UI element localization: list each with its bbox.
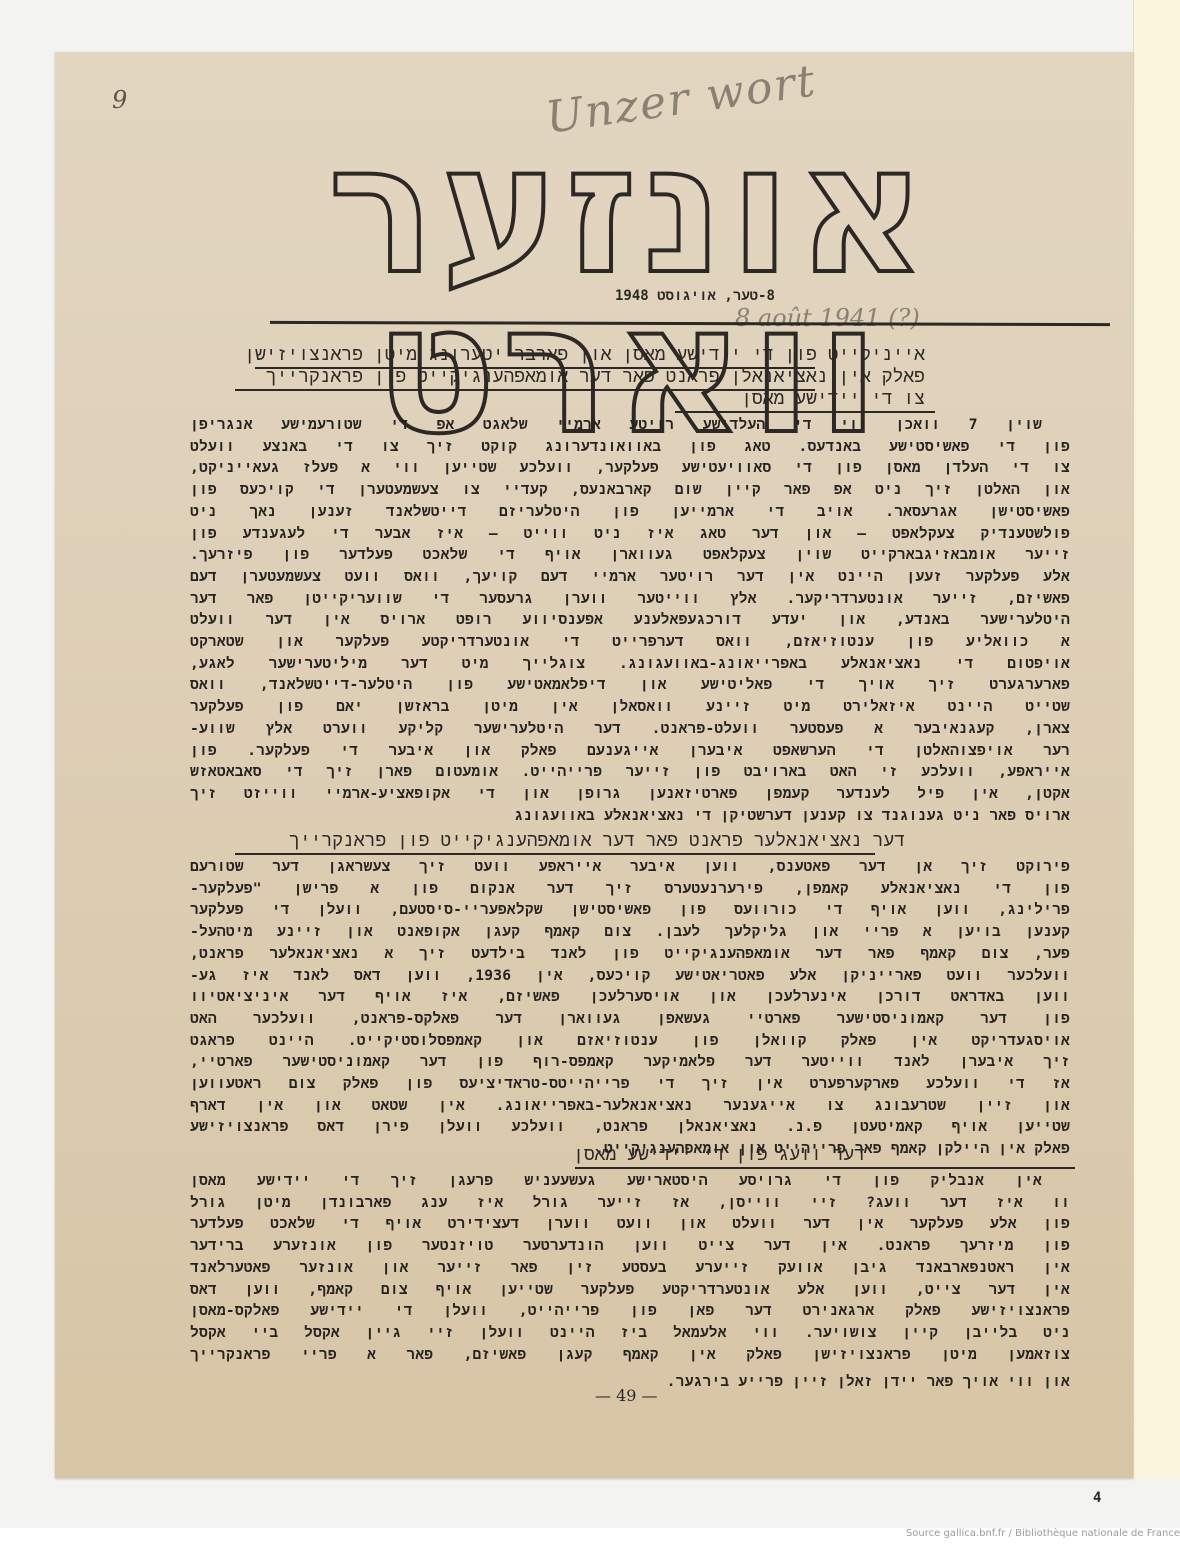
body-line: אקטן, אין פיל לענדער קעמפן פארטיזאנען גר… (190, 783, 1070, 805)
body-line: פירוקט זיך אן דער פאטענס, ווען איבער איי… (190, 856, 1070, 878)
body-line: זיך איבערן לאנד ווייטער דער פלאמיקער קאמ… (190, 1051, 1070, 1073)
body-line: פארערגערט זיך אויך די פאליטישע און דיפלא… (190, 674, 1070, 696)
section-2-body: פירוקט זיך אן דער פאטענס, ווען איבער איי… (190, 856, 1070, 1160)
section-2-headline: דער נאציאנאלער פראנט פאר דער אומאפהענגיק… (295, 830, 905, 852)
body-line: פראנצויזישע פאלק ארגאנירט דער פאן פון פר… (190, 1300, 1070, 1322)
body-line: פאשיסטישן אגרעסאר. אויב די ארמייען פון ה… (190, 501, 1070, 523)
adjacent-page-edge (1133, 0, 1180, 1478)
body-line: פולשטענדיק צעקלאפט – און דער טאג איז ניט… (190, 523, 1070, 545)
body-line: אויסגעדריקט אין פאלק קוואלן פון ענטוזיאז… (190, 1030, 1070, 1052)
section-1-headline: אייניקייט פון די יידישע מאסן און פארבריי… (235, 344, 925, 410)
section-3-body: אין אנבליק פון די גרויסע היסטארישע געשעע… (190, 1170, 1070, 1393)
body-line: ארויס פאר ניט גענוגנד צו קענען דערשטיקן … (190, 805, 1070, 827)
corner-mark: 4 (1093, 1490, 1101, 1506)
body-line: אין ראטנפארבאנד גיבן אוועק זייערע בעסטע … (190, 1257, 1070, 1279)
headline-underline (575, 1167, 1075, 1169)
body-line: צארן, קעגנאיבער א פעסטער וועלט-פראנט. דע… (190, 718, 1070, 740)
body-line: פאשיזם, זייער אונטערדריקער. אלץ ווייטער … (190, 588, 1070, 610)
body-line: פון מיזרעך פראנט. אין דער צייט ווען הונד… (190, 1235, 1070, 1257)
headline-underline (255, 367, 815, 369)
headline-line: פאלק אין נאציאנאלן פראנט פאר דער אומאפהע… (235, 366, 925, 388)
section-1-body: שוין 7 וואכן ווי די העלדישע רויטע ארמיי … (190, 414, 1070, 826)
section-3-headline: דער וועג פון די יידישע מאסן (475, 1144, 865, 1166)
body-line: אייראפע, וועלכע זי האט בארויבט פון זייער… (190, 761, 1070, 783)
headline-underline (235, 853, 875, 855)
body-line: פרילינג, ווען אויף די כורוועס פון פאשיסט… (190, 899, 1070, 921)
masthead-title: אונזער ווארט (225, 130, 1035, 290)
body-line: אז די וועלכע פארקערפערט אין זיך די פרייה… (190, 1073, 1070, 1095)
handwritten-folio-mark: 9 (112, 86, 127, 114)
headline-underline (675, 411, 935, 413)
body-line: און האלטן זיך ניט אפ פאר קיין שום קארבאנ… (190, 479, 1070, 501)
body-line: ווען באדראט דורכן אינערלעכן און אויסערלע… (190, 986, 1070, 1008)
body-line: שטייען אויף קאמיטעטן פ.נ. נאציאנאלן פראנ… (190, 1116, 1070, 1138)
body-line: אלע פעלקער זעען היינט אין דער רויטער ארמ… (190, 566, 1070, 588)
body-line: רער אויפצוהאלטן די הערשאפט איבערן אייגענ… (190, 740, 1070, 762)
headline-line: צו די יידישע מאסן (235, 388, 925, 410)
body-line: פער, צום קאמף פאר דער אומאפהענגיקייט פון… (190, 943, 1070, 965)
body-line: זייער אומבאזיגבארקייט שוין צעקלאפט געווא… (190, 544, 1070, 566)
body-line: וועלכער וועט פארייניקן אלע פאטריאטישע קו… (190, 965, 1070, 987)
body-line: קענען בויען א פריי און גליקלעך לעבן. צום… (190, 921, 1070, 943)
scanned-page: 9 Unzer wort אונזער ווארט 8-טער, אויגוסט… (55, 52, 1133, 1478)
handwritten-date-annotation: 8 août 1941 (?) (735, 304, 920, 332)
issue-date: 8-טער, אויגוסט 1948 (615, 288, 775, 305)
body-line: און זיין שטרעבונג צו אייגענער נאציאנאלער… (190, 1095, 1070, 1117)
headline-line: דער וועג פון די יידישע מאסן (475, 1144, 865, 1166)
body-line: אין דער צייט, ווען אלע אונטערדריקטע פעלק… (190, 1279, 1070, 1301)
headline-line: דער נאציאנאלער פראנט פאר דער אומאפהענגיק… (295, 830, 905, 852)
body-line: שטייט היינט איזאלירט מיט זיינע וואסאלן א… (190, 696, 1070, 718)
headline-line: אייניקייט פון די יידישע מאסן און פארבריי… (235, 344, 925, 366)
body-line: פון דער קאמוניסטישער פארטיי געשאפן געווא… (190, 1008, 1070, 1030)
body-line: א כוואליע פון ענטוזיאזם, וואס דערפרייט ד… (190, 631, 1070, 653)
body-line: ניט בלייבן קיין צושויער. ווי אלעמאל ביז … (190, 1322, 1070, 1344)
body-line: אין אנבליק פון די גרויסע היסטארישע געשעע… (190, 1170, 1070, 1192)
page-number: — 49 — (595, 1386, 658, 1405)
body-line: אויפטום די נאציאנאלע באפרייאונג-באוועגונ… (190, 653, 1070, 675)
source-credit: Source gallica.bnf.fr / Bibliothèque nat… (906, 1528, 1180, 1539)
body-line: שוין 7 וואכן ווי די העלדישע רויטע ארמיי … (190, 414, 1070, 436)
body-line: וו איז דער וועג? זיי ווייסן, אז זייער גו… (190, 1192, 1070, 1214)
body-line: פון די פאשיסטישע באנדעס. טאג פון באוואונ… (190, 436, 1070, 458)
body-line: צו די העלדן מאסן פון די סאוויעטישע פעלקע… (190, 457, 1070, 479)
body-line: פון אלע פעלקער אין דער וועלט און וועט וו… (190, 1213, 1070, 1235)
body-line: היטלערישער באנדע, און יעדע דורכגעפאלענע … (190, 609, 1070, 631)
body-line: צוזאמען מיטן פראנצויזישן פאלק אין קאמף ק… (190, 1344, 1070, 1366)
headline-underline (235, 389, 815, 391)
body-line: פון די נאציאנאלע קאמפן, פירערנעטערס זיך … (190, 878, 1070, 900)
